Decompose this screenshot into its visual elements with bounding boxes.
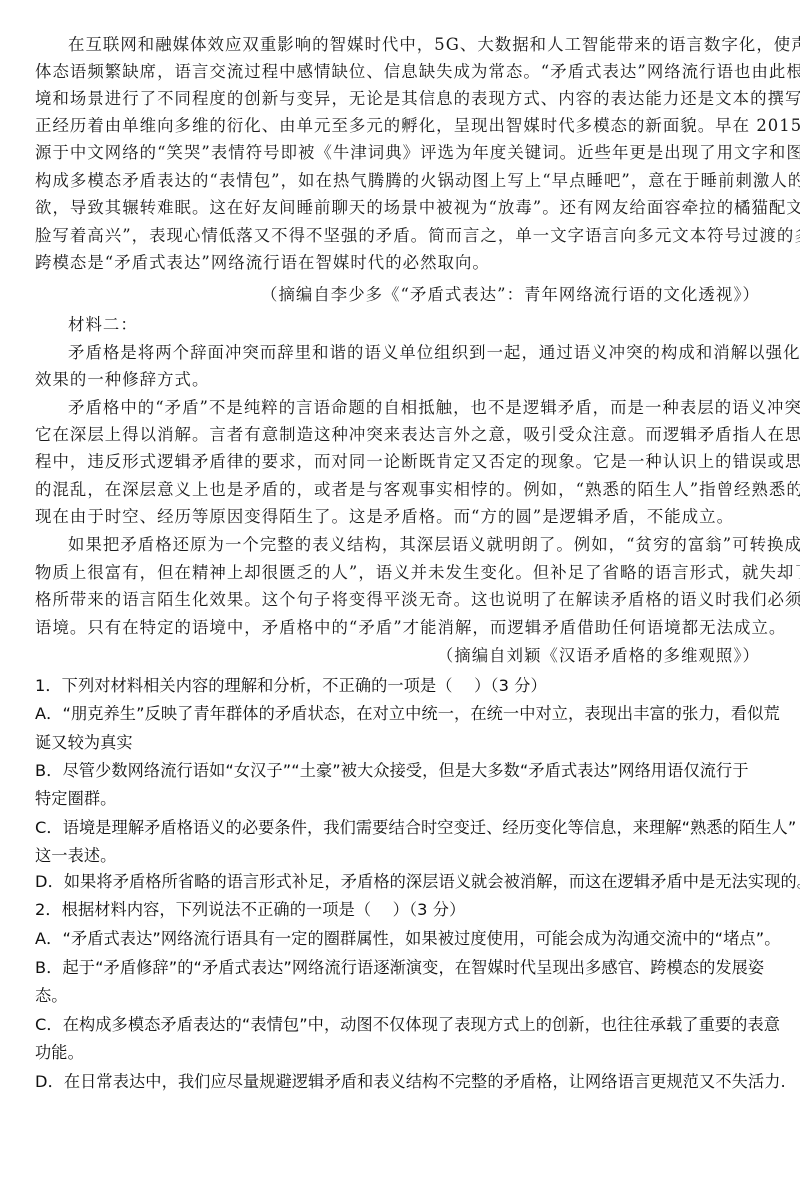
passage-line: 源于中文网络的“笑哭”表情符号即被《牛津词典》评选为年度关键词。近些年更是出现了… bbox=[35, 143, 800, 163]
section-heading: 材料二： bbox=[68, 315, 138, 335]
passage-line: 境和场景进行了不同程度的创新与变异，无论是其信息的表现方式、内容的表达能力还是文… bbox=[35, 89, 800, 109]
exam-page: 在互联网和融媒体效应双重影响的智媒时代中，5G、大数据和人工智能带来的语言数字化… bbox=[0, 0, 800, 1196]
option-c-cont: 功能。 bbox=[35, 1043, 84, 1063]
passage-line: 语境。只有在特定的语境中，矛盾格中的“矛盾”才能消解，而逻辑矛盾借助任何语境都无… bbox=[35, 618, 786, 638]
option-b-cont: 特定圈群。 bbox=[35, 789, 116, 809]
passage-line: 的混乱，在深层意义上也是矛盾的，或者是与客观事实相悖的。例如，“熟悉的陌生人”指… bbox=[35, 480, 800, 500]
option-c-cont: 这一表述。 bbox=[35, 846, 116, 866]
option-c: C．在构成多模态矛盾表达的“表情包”中，动图不仅体现了表现方式上的创新，也往往承… bbox=[35, 1015, 780, 1035]
passage-line: 体态语频繁缺席，语言交流过程中感情缺位、信息缺失成为常态。“矛盾式表达”网络流行… bbox=[35, 62, 800, 82]
passage-line: 它在深层上得以消解。言者有意制造这种冲突来表达言外之意，吸引受众注意。而逻辑矛盾… bbox=[35, 425, 800, 445]
option-a-cont: 诞又较为真实 bbox=[35, 733, 133, 753]
passage-line: 在互联网和融媒体效应双重影响的智媒时代中，5G、大数据和人工智能带来的语言数字化… bbox=[68, 35, 800, 55]
source-citation: （摘编自李少多《“矛盾式表达”：青年网络流行语的文化透视》） bbox=[261, 285, 760, 305]
passage-line: 正经历着由单维向多维的衍化、由单元至多元的孵化，呈现出智媒时代多模态的新面貌。早… bbox=[35, 116, 800, 136]
passage-line: 矛盾格是将两个辞面冲突而辞里和谐的语义单位组织到一起，通过语义冲突的构成和消解以… bbox=[68, 343, 800, 363]
option-b: B．尽管少数网络流行语如“女汉子”“土豪”被大众接受，但是大多数“矛盾式表达”网… bbox=[35, 761, 749, 781]
option-a: A．“朋克养生”反映了青年群体的矛盾状态，在对立中统一，在统一中对立，表现出丰富… bbox=[35, 704, 780, 724]
passage-line: 跨模态是“矛盾式表达”网络流行语在智媒时代的必然取向。 bbox=[35, 253, 490, 273]
option-b-cont: 态。 bbox=[35, 986, 68, 1006]
option-c: C．语境是理解矛盾格语义的必要条件，我们需要结合时空变迁、经历变化等信息，来理解… bbox=[35, 818, 796, 838]
passage-line: 现在由于时空、经历等原因变得陌生了。这是矛盾格。而“方的圆”是逻辑矛盾，不能成立… bbox=[35, 507, 734, 527]
passage-line: 程中，违反形式逻辑矛盾律的要求，而对同一论断既肯定又否定的现象。它是一种认识上的… bbox=[35, 452, 800, 472]
option-d: D．在日常表达中，我们应尽量规避逻辑矛盾和表义结构不完整的矛盾格，让网络语言更规… bbox=[35, 1072, 786, 1092]
passage-line: 物质上很富有，但在精神上却很匮乏的人”，语义并未发生变化。但补足了省略的语言形式… bbox=[35, 563, 800, 583]
source-citation: （摘编自刘颖《汉语矛盾格的多维观照》） bbox=[437, 646, 760, 666]
passage-line: 构成多模态矛盾表达的“表情包”，如在热气腾腾的火锅动图上写上“早点睡吧”，意在于… bbox=[35, 171, 800, 191]
passage-line: 格所带来的语言陌生化效果。这个句子将变得平淡无奇。这也说明了在解读矛盾格的语义时… bbox=[35, 590, 800, 610]
passage-line: 效果的一种修辞方式。 bbox=[35, 370, 209, 390]
passage-line: 如果把矛盾格还原为一个完整的表义结构，其深层语义就明朗了。例如，“贫穷的富翁”可… bbox=[68, 535, 800, 555]
passage-line: 脸写着高兴”，表现心情低落又不得不坚强的矛盾。简而言之，单一文字语言向多元文本符… bbox=[35, 226, 800, 246]
option-d: D．如果将矛盾格所省略的语言形式补足，矛盾格的深层语义就会被消解，而这在逻辑矛盾… bbox=[35, 872, 800, 892]
option-a: A．“矛盾式表达”网络流行语具有一定的圈群属性，如果被过度使用，可能会成为沟通交… bbox=[35, 929, 780, 949]
passage-line: 欲，导致其辗转难眠。这在好友间睡前聊天的场景中被视为“放毒”。还有网友给面容牵拉… bbox=[35, 198, 800, 218]
option-b: B．起于“矛盾修辞”的“矛盾式表达”网络流行语逐渐演变，在智媒时代呈现出多感官、… bbox=[35, 958, 764, 978]
question-stem: 2．根据材料内容，下列说法不正确的一项是（ ）（3 分） bbox=[35, 900, 465, 920]
question-stem: 1．下列对材料相关内容的理解和分析，不正确的一项是（ ）（3 分） bbox=[35, 676, 547, 696]
passage-line: 矛盾格中的“矛盾”不是纯粹的言语命题的自相抵触，也不是逻辑矛盾，而是一种表层的语… bbox=[68, 398, 800, 418]
